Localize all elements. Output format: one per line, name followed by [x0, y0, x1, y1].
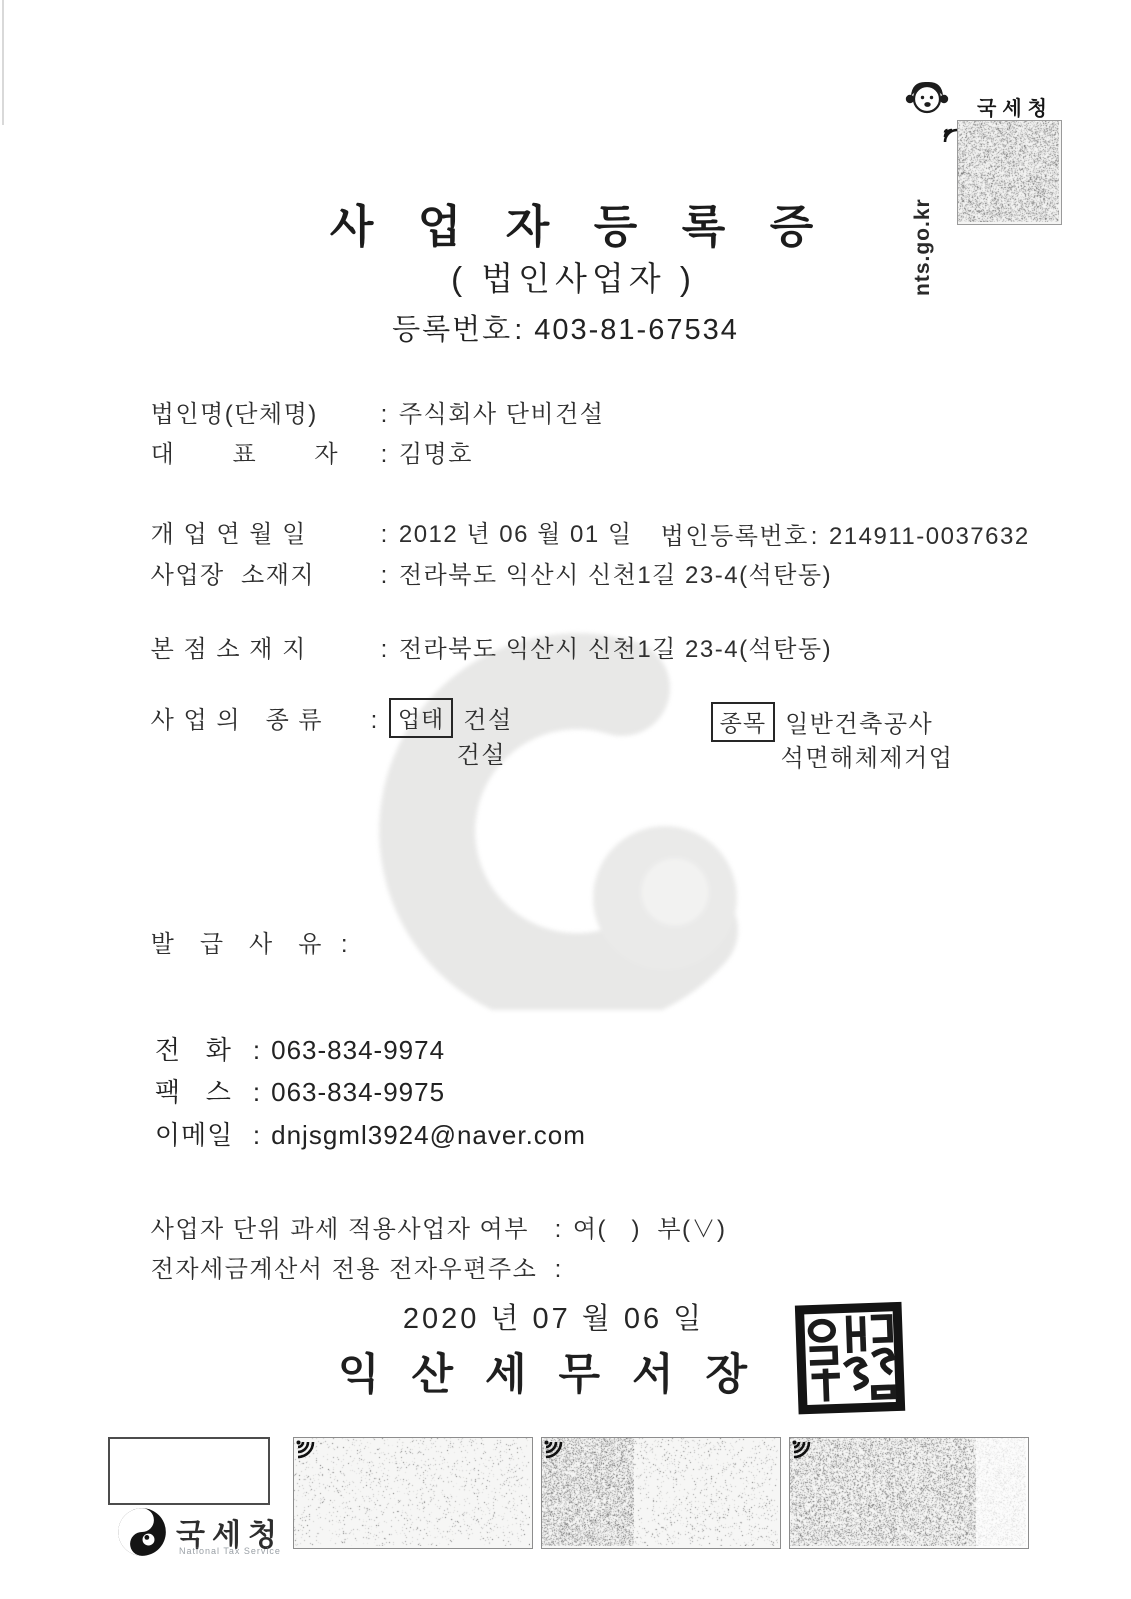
footer-blank-box: [108, 1437, 270, 1505]
email-row: 이메일:dnjsgml3924@naver.com: [122, 1084, 586, 1183]
certificate-subtitle: ( 법인사업자 ): [8, 253, 1131, 300]
sound-wave-icon: [296, 1440, 326, 1470]
jongmok-value-2: 석면해체제거업: [781, 745, 954, 772]
business-address-label: 사업장 소재지: [151, 555, 379, 590]
jongmok-value-2-row: 석면해체제거업: [748, 710, 953, 801]
issue-date: 2020 년 07 월 06 일: [0, 1296, 1119, 1337]
uptae-value-2: 건설: [457, 742, 506, 769]
security-panel-1: [293, 1437, 533, 1549]
colon: :: [323, 931, 359, 959]
email-label: 이메일: [155, 1115, 251, 1152]
footer-agency-subtext: National Tax Service: [179, 1546, 281, 1556]
colon: :: [369, 707, 389, 735]
unit-tax-value: 여( ) 부(∨): [573, 1216, 727, 1243]
certificate-title: 사 업 자 등 록 증: [14, 190, 1131, 255]
registration-number-label: 등록번호: [392, 314, 512, 346]
scan-edge-artifact: [2, 0, 4, 125]
registration-number-value: 403-81-67534: [534, 314, 739, 346]
etax-email-label: 전자세금계산서 전용 전자우편주소: [151, 1249, 553, 1284]
colon: :: [379, 562, 399, 590]
sound-wave-icon: [544, 1440, 574, 1470]
security-panel-2: [541, 1437, 781, 1549]
colon: :: [553, 1256, 573, 1284]
business-kind-label: 사 업 의 종 류: [151, 700, 369, 735]
registration-number-line: 등록번호:403-81-67534: [0, 307, 1131, 348]
colon: :: [251, 1120, 271, 1151]
sound-wave-icon: [792, 1440, 822, 1470]
issue-reason-row: 발 급 사 유:: [118, 896, 359, 987]
issuer-name: 익 산 세 무 서 장: [0, 1341, 1113, 1402]
sound-wave-icon: [931, 116, 959, 144]
nts-mascot-icon: [903, 78, 951, 120]
noise-light-strip: [976, 1438, 1028, 1548]
security-panel-3: [789, 1437, 1029, 1549]
business-registration-certificate: 국세청 nts.go.kr 사 업 자 등 록 증 ( 법인사업자 ) 등록번호…: [0, 0, 1131, 1599]
corp-regno-value: 214911-0037632: [829, 523, 1030, 550]
email-value: dnjsgml3924@naver.com: [271, 1120, 586, 1150]
nts-logo-icon: [116, 1506, 168, 1558]
representative-value: 김명호: [399, 441, 473, 468]
issue-reason-label: 발 급 사 유: [151, 924, 323, 959]
representative-row: 대 표 자:김명호: [118, 406, 473, 497]
colon: :: [512, 314, 534, 347]
colon: :: [379, 441, 399, 469]
representative-label: 대 표 자: [151, 434, 379, 469]
hq-address-value: 전라북도 익산시 신천1길 23-4(석탄동): [399, 636, 832, 663]
business-address-value: 전라북도 익산시 신천1길 23-4(석탄동): [399, 562, 832, 589]
hq-address-label: 본 점 소 재 지: [151, 629, 379, 664]
uptae-value-2-row: 건설: [424, 707, 506, 798]
noise-texture: [294, 1438, 530, 1546]
nts-agency-label: 국세청: [977, 92, 1053, 121]
colon: :: [379, 636, 399, 664]
official-seal: [793, 1298, 907, 1416]
